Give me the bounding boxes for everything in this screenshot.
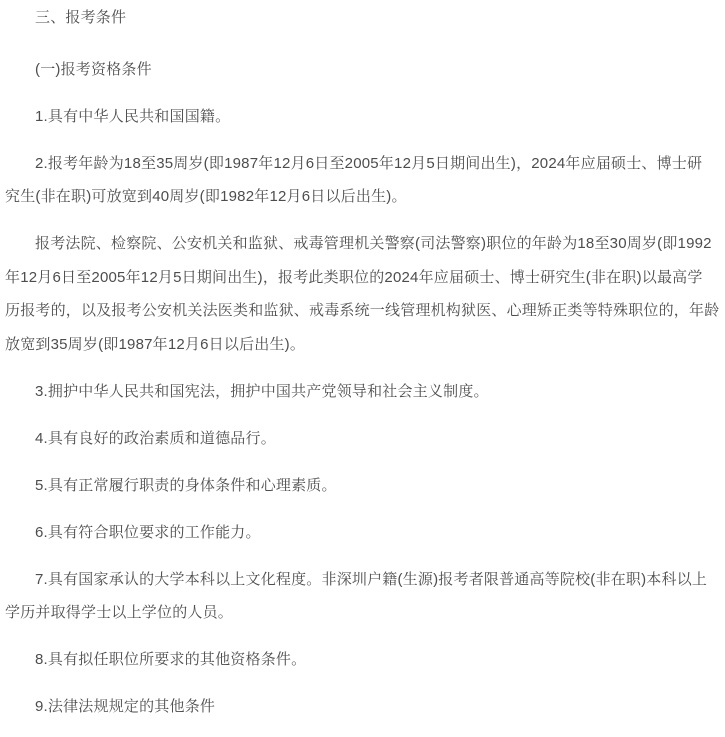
subsection-heading: (一)报考资格条件 [5,53,720,87]
text-line: 放宽到35周岁(即1987年12月6日以后出生)。 [5,328,720,362]
condition-item-4: 4.具有良好的政治素质和道德品行。 [5,422,720,456]
text-line: 5.具有正常履行职责的身体条件和心理素质。 [5,469,720,503]
condition-item-3: 3.拥护中华人民共和国宪法，拥护中国共产党领导和社会主义制度。 [5,375,720,409]
condition-item-6: 6.具有符合职位要求的工作能力。 [5,516,720,550]
text-line: 究生(非在职)可放宽到40周岁(即1982年12月6日以后出生)。 [5,180,720,214]
condition-item-9: 9.法律法规规定的其他条件 [5,690,720,708]
condition-item-1: 1.具有中华人民共和国国籍。 [5,100,720,134]
condition-item-2-police-note: 报考法院、检察院、公安机关和监狱、戒毒管理机关警察(司法警察)职位的年龄为18至… [5,227,720,361]
text-line: 8.具有拟任职位所要求的其他资格条件。 [5,643,720,677]
text-line: 7.具有国家承认的大学本科以上文化程度。非深圳户籍(生源)报考者限普通高等院校(… [5,563,720,597]
text-line: (一)报考资格条件 [5,53,720,87]
text-line: 年12月6日至2005年12月5日期间出生)，报考此类职位的2024年应届硕士、… [5,261,720,295]
document-body: 三、报考条件(一)报考资格条件1.具有中华人民共和国国籍。2.报考年龄为18至3… [5,1,720,708]
text-line: 历报考的，以及报考公安机关法医类和监狱、戒毒系统一线管理机构狱医、心理矫正类等特… [5,294,720,328]
text-line: 9.法律法规规定的其他条件 [5,690,720,708]
condition-item-5: 5.具有正常履行职责的身体条件和心理素质。 [5,469,720,503]
text-line: 三、报考条件 [5,1,720,35]
condition-item-2: 2.报考年龄为18至35周岁(即1987年12月6日至2005年12月5日期间出… [5,147,720,214]
text-line: 6.具有符合职位要求的工作能力。 [5,516,720,550]
text-line: 3.拥护中华人民共和国宪法，拥护中国共产党领导和社会主义制度。 [5,375,720,409]
text-line: 1.具有中华人民共和国国籍。 [5,100,720,134]
text-line: 4.具有良好的政治素质和道德品行。 [5,422,720,456]
text-line: 2.报考年龄为18至35周岁(即1987年12月6日至2005年12月5日期间出… [5,147,720,181]
section-heading: 三、报考条件 [5,1,720,35]
text-line: 学历并取得学士以上学位的人员。 [5,596,720,630]
condition-item-7: 7.具有国家承认的大学本科以上文化程度。非深圳户籍(生源)报考者限普通高等院校(… [5,563,720,630]
text-line: 报考法院、检察院、公安机关和监狱、戒毒管理机关警察(司法警察)职位的年龄为18至… [5,227,720,261]
condition-item-8: 8.具有拟任职位所要求的其他资格条件。 [5,643,720,677]
